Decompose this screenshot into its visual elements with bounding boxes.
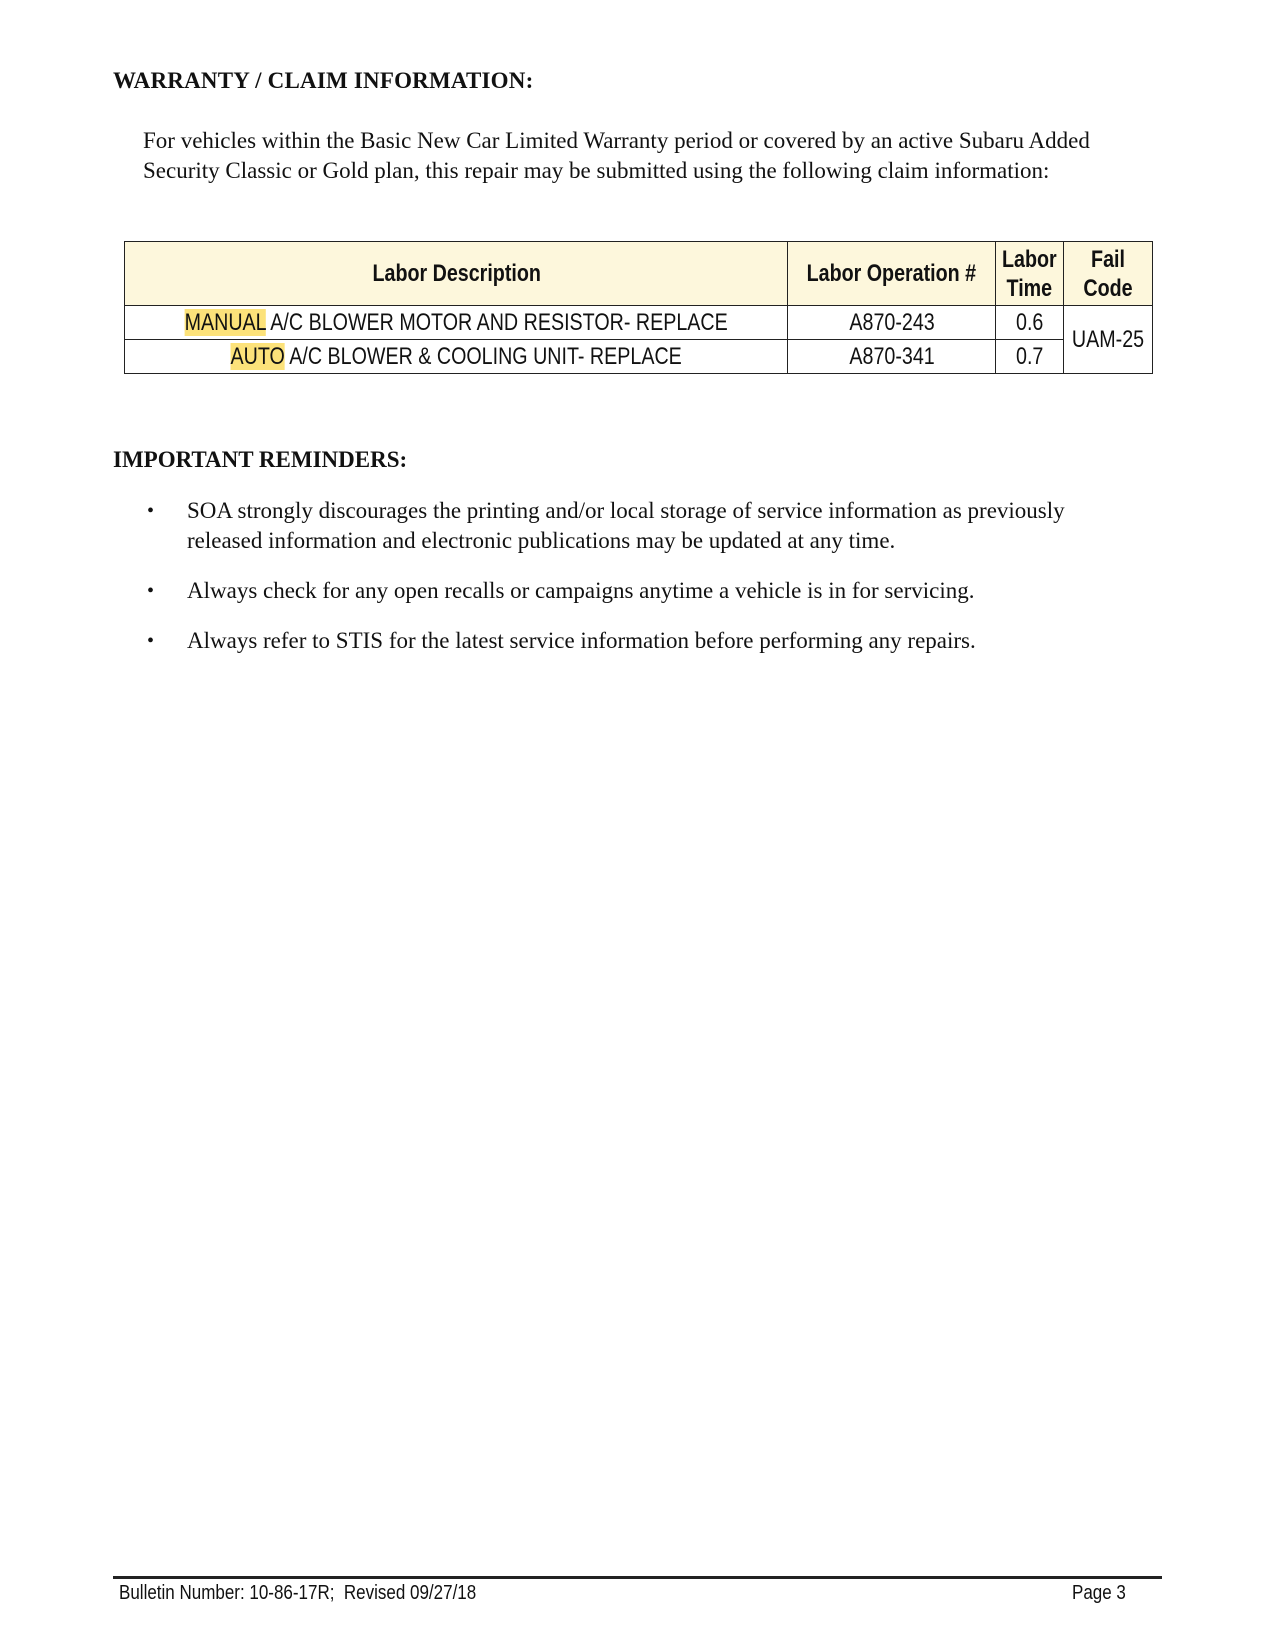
bullet-icon: •: [147, 626, 154, 656]
footer-divider: [113, 1576, 1162, 1579]
table-row: AUTO A/C BLOWER & COOLING UNIT- REPLACE …: [125, 340, 1153, 374]
warranty-intro: For vehicles within the Basic New Car Li…: [143, 126, 1123, 186]
labor-time-cell: 0.7: [996, 340, 1064, 374]
header-labor-operation: Labor Operation #: [788, 242, 996, 306]
header-labor-time: LaborTime: [996, 242, 1064, 306]
reminders-heading: IMPORTANT REMINDERS:: [113, 447, 407, 473]
header-fail-code: FailCode: [1063, 242, 1152, 306]
list-item: •Always refer to STIS for the latest ser…: [143, 626, 1143, 656]
reminders-list: •SOA strongly discourages the printing a…: [143, 496, 1143, 676]
labor-description-cell: MANUAL A/C BLOWER MOTOR AND RESISTOR- RE…: [125, 306, 788, 340]
labor-operation-cell: A870-243: [788, 306, 996, 340]
table-row: MANUAL A/C BLOWER MOTOR AND RESISTOR- RE…: [125, 306, 1153, 340]
labor-operation-cell: A870-341: [788, 340, 996, 374]
list-item: •Always check for any open recalls or ca…: [143, 576, 1143, 606]
warranty-heading: WARRANTY / CLAIM INFORMATION:: [113, 68, 533, 94]
fail-code-cell: UAM-25: [1063, 306, 1152, 374]
claim-table: Labor Description Labor Operation # Labo…: [124, 241, 1153, 374]
page-number: Page 3: [1072, 1582, 1126, 1605]
header-labor-description: Labor Description: [125, 242, 788, 306]
highlight-manual: MANUAL: [185, 309, 266, 336]
highlight-auto: AUTO: [231, 343, 285, 370]
bullet-icon: •: [147, 496, 154, 526]
bullet-icon: •: [147, 576, 154, 606]
labor-time-cell: 0.6: [996, 306, 1064, 340]
labor-description-cell: AUTO A/C BLOWER & COOLING UNIT- REPLACE: [125, 340, 788, 374]
bulletin-number: Bulletin Number: 10-86-17R; Revised 09/2…: [119, 1582, 476, 1605]
table-header-row: Labor Description Labor Operation # Labo…: [125, 242, 1153, 306]
list-item: •SOA strongly discourages the printing a…: [143, 496, 1143, 556]
